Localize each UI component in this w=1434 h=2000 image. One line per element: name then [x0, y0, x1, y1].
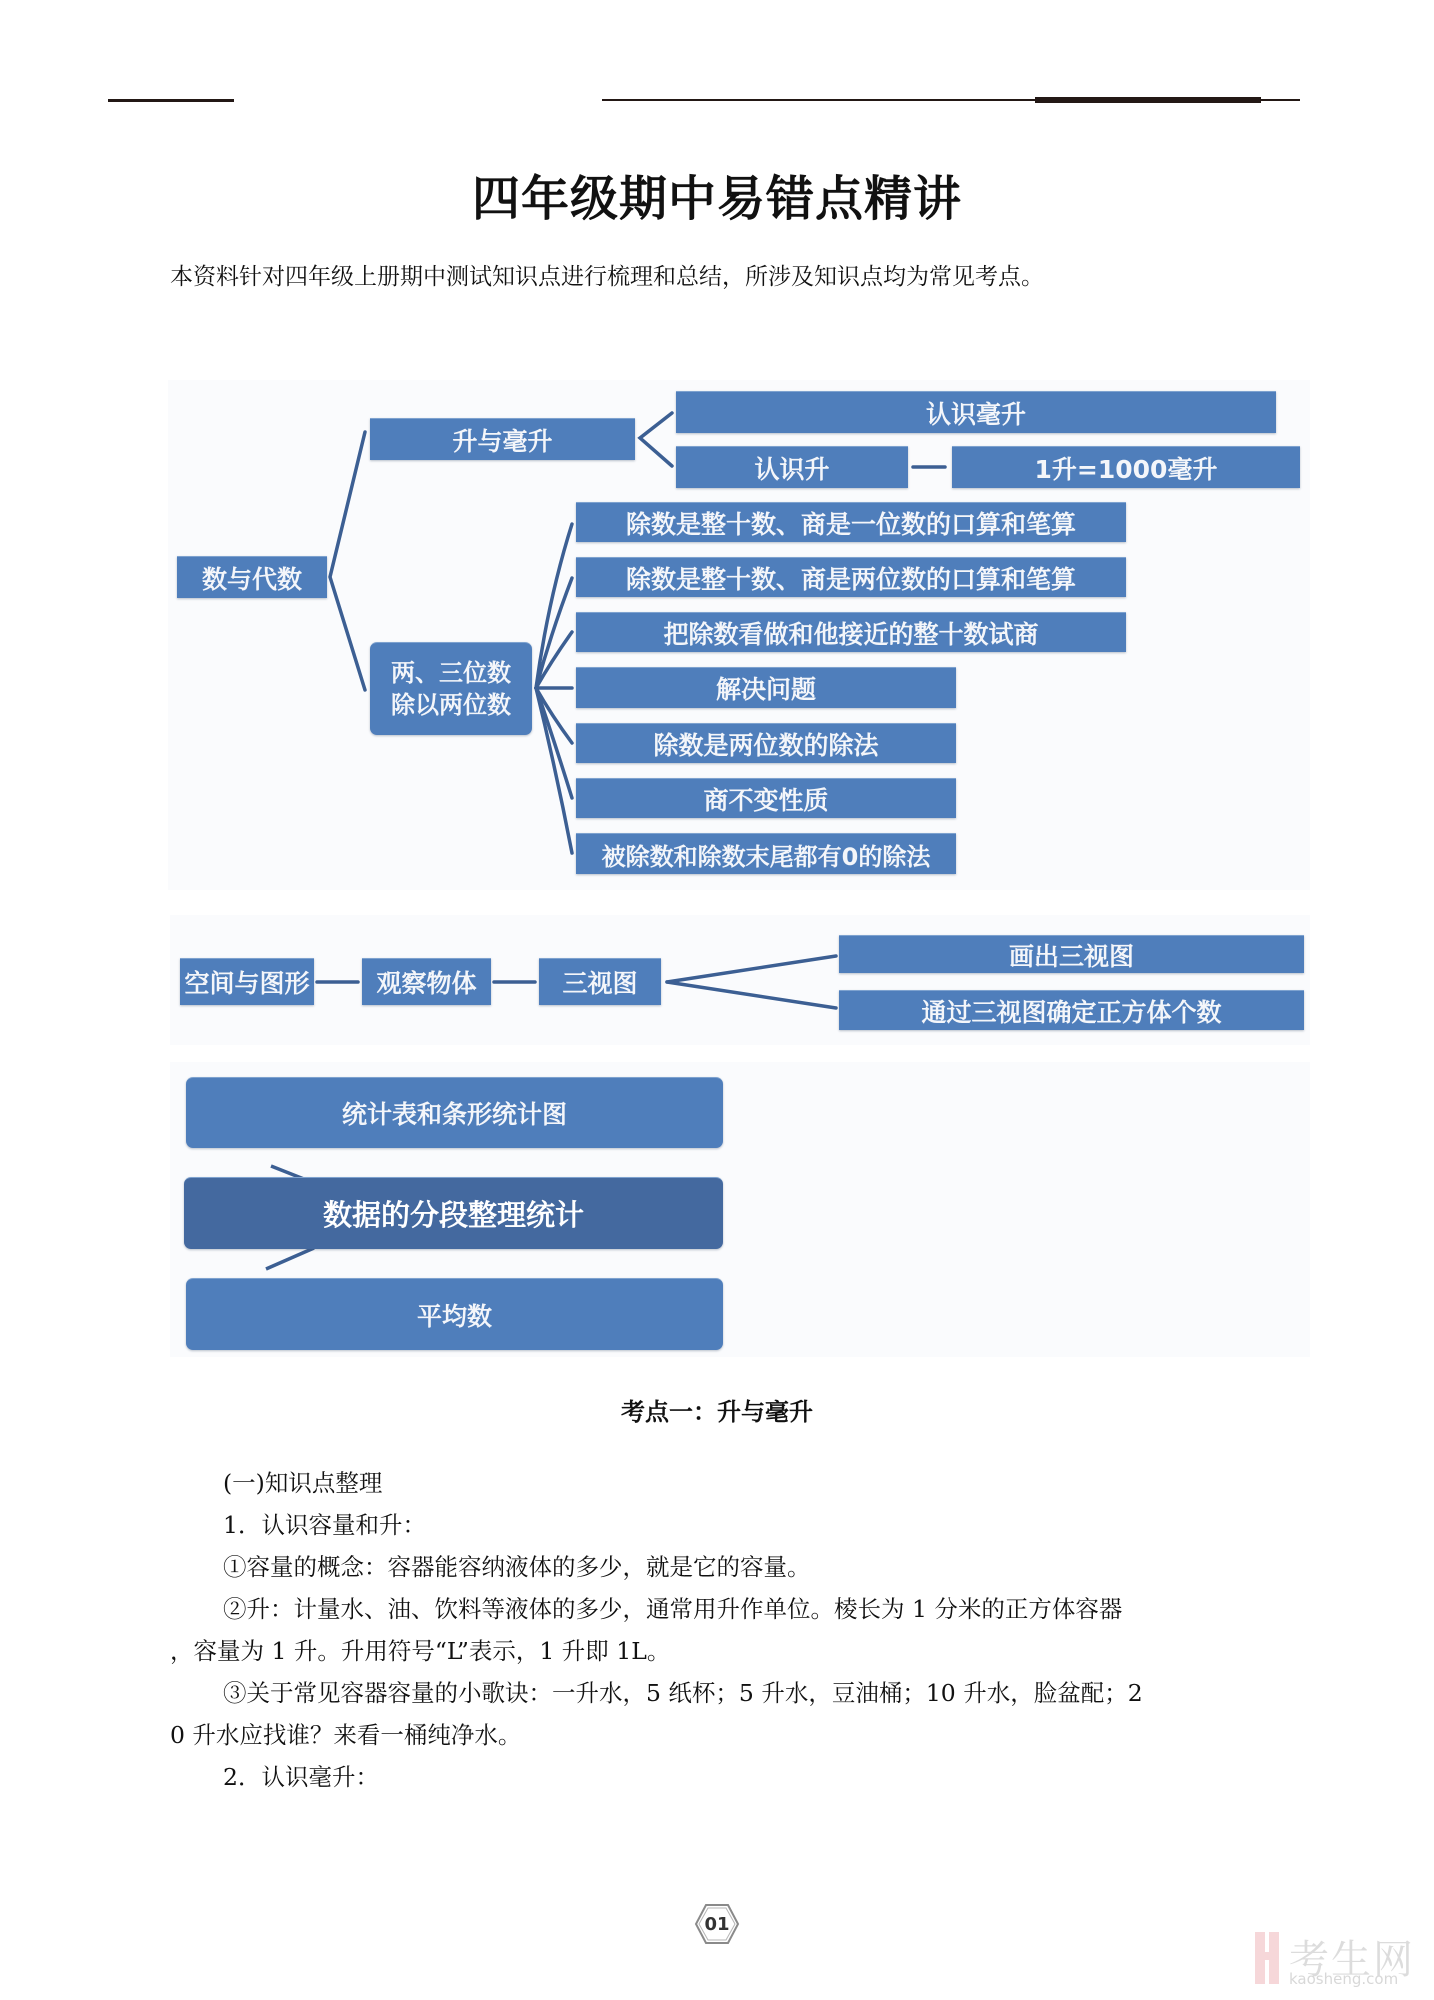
item-heading-1: 1．认识容量和升：	[170, 1504, 1270, 1546]
watermark-logo-icon	[1255, 1932, 1281, 1984]
node-division-item: 商不变性质	[576, 778, 956, 818]
node-division-item: 解决问题	[576, 667, 956, 708]
node-liter-conversion: 1升=1000毫升	[952, 446, 1300, 488]
node-stats-grouped-data: 数据的分段整理统计	[184, 1177, 723, 1249]
node-observe-objects: 观察物体	[362, 958, 491, 1005]
node-know-liter: 认识升	[676, 446, 908, 488]
header-rule-accent	[1035, 97, 1261, 103]
node-division-item: 把除数看做和他接近的整十数试商	[576, 612, 1126, 652]
page-number: 01	[694, 1903, 740, 1945]
paragraph-rhyme-a: ③关于常见容器容量的小歌诀：一升水，5 纸杯；5 升水，豆油桶；10 升水，脸盆…	[170, 1672, 1270, 1714]
header-rule-left	[108, 99, 234, 102]
node-know-milliliter: 认识毫升	[676, 391, 1276, 433]
node-division-item: 除数是两位数的除法	[576, 723, 956, 763]
node-stats-table-bar-chart: 统计表和条形统计图	[186, 1077, 723, 1148]
section-body: (一)知识点整理 1．认识容量和升： ①容量的概念：容器能容纳液体的多少，就是它…	[170, 1462, 1270, 1798]
node-space-shape: 空间与图形	[180, 958, 314, 1005]
intro-text: 本资料针对四年级上册期中测试知识点进行梳理和总结，所涉及知识点均为常见考点。	[170, 258, 1044, 291]
node-three-views: 三视图	[539, 958, 661, 1005]
paragraph-liter-b: ，容量为 1 升。升用符号“L”表示，1 升即 1L。	[170, 1630, 1270, 1672]
node-division-item: 除数是整十数、商是两位数的口算和笔算	[576, 557, 1126, 597]
node-stats-average: 平均数	[186, 1278, 723, 1350]
node-division-item: 被除数和除数末尾都有0的除法	[576, 833, 956, 874]
paragraph-liter-a: ②升：计量水、油、饮料等液体的多少，通常用升作单位。棱长为 1 分米的正方体容器	[170, 1588, 1270, 1630]
item-heading-2: 2．认识毫升：	[170, 1756, 1270, 1798]
node-liter-milliliter: 升与毫升	[370, 418, 635, 460]
node-division-line2: 除以两位数	[391, 689, 511, 721]
node-division-line1: 两、三位数	[391, 657, 511, 689]
paragraph-rhyme-b: 0 升水应找谁？来看一桶纯净水。	[170, 1714, 1270, 1756]
node-division: 两、三位数 除以两位数	[370, 642, 532, 735]
paragraph-capacity: ①容量的概念：容器能容纳液体的多少，就是它的容量。	[170, 1546, 1270, 1588]
node-division-item: 除数是整十数、商是一位数的口算和笔算	[576, 502, 1126, 542]
node-count-cubes: 通过三视图确定正方体个数	[839, 990, 1304, 1030]
page-title: 四年级期中易错点精讲	[0, 160, 1434, 229]
watermark-text-en: kaosheng.com	[1289, 1970, 1398, 1988]
node-draw-three-views: 画出三视图	[839, 935, 1304, 973]
page-number-badge: 01	[694, 1903, 740, 1945]
watermark: 考生网 kaosheng.com	[1255, 1932, 1425, 1990]
sub-heading: (一)知识点整理	[170, 1462, 1270, 1504]
section-heading: 考点一：升与毫升	[0, 1392, 1434, 1427]
node-number-algebra: 数与代数	[177, 556, 327, 598]
